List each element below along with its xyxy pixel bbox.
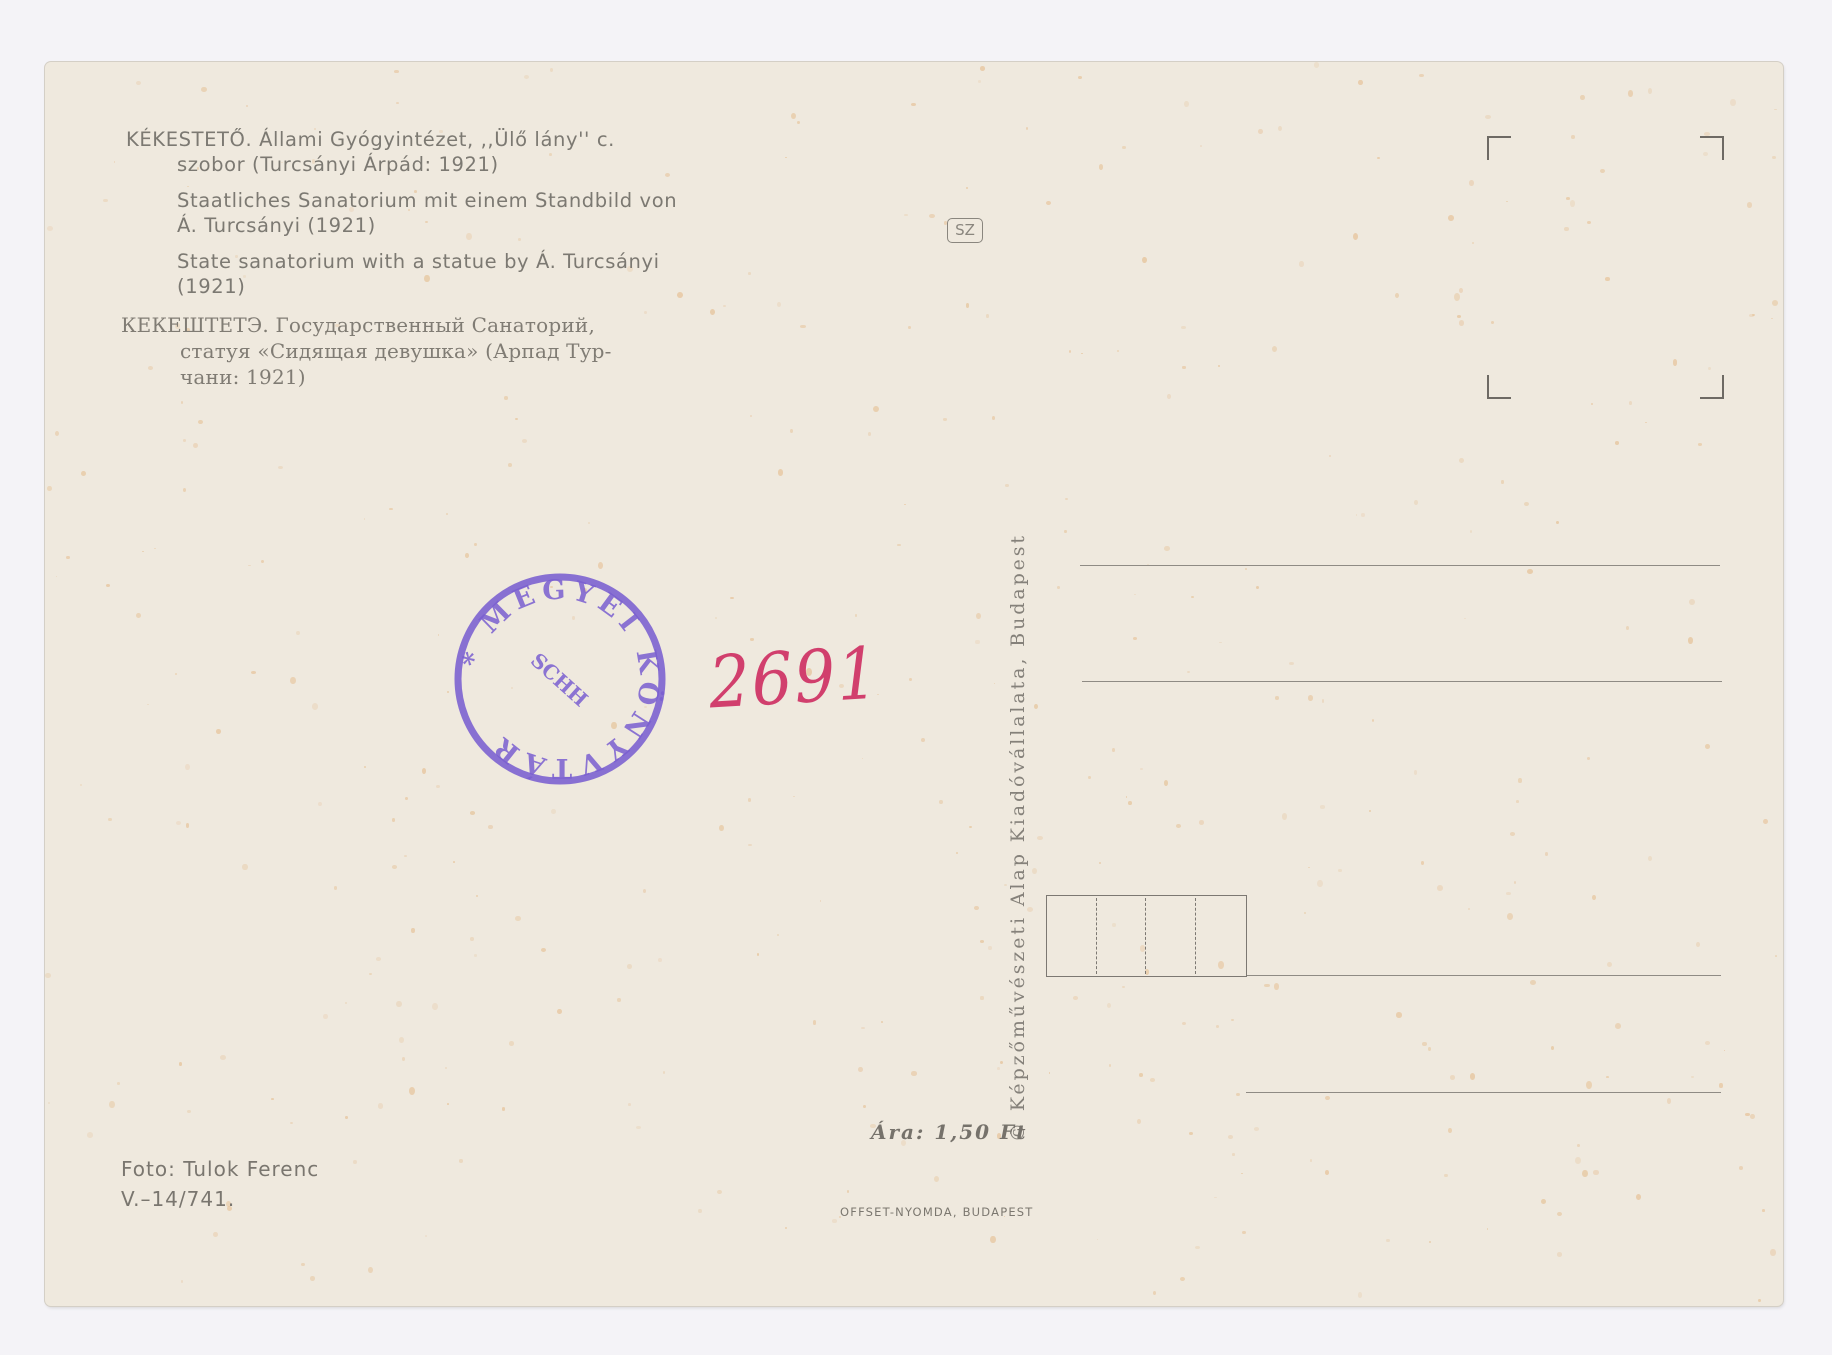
foxing-speck [290,677,295,684]
caption-ru-line1: КЕКЕШТЕТЭ. Государственный Санаторий, [121,312,595,338]
foxing-speck [198,420,203,425]
foxing-speck [1064,530,1066,533]
foxing-speck [785,157,787,158]
foxing-speck [56,576,58,577]
foxing-speck [1421,861,1424,865]
foxing-speck [323,1014,327,1020]
address-line-1[interactable] [1080,565,1720,566]
foxing-speck [1745,1113,1750,1116]
foxing-speck [1000,1061,1003,1064]
foxing-speck [1322,699,1324,702]
foxing-speck [1242,1231,1246,1234]
foxing-speck [1299,261,1303,267]
foxing-speck [1459,288,1463,293]
foxing-speck [1454,293,1460,301]
foxing-speck [1615,1023,1621,1029]
foxing-speck [368,1267,372,1273]
foxing-speck [1361,513,1365,518]
foxing-speck [447,1103,449,1105]
library-stamp: * MEGYEI KÖNYVTÁR SCHH [452,571,668,787]
foxing-speck [911,1071,917,1075]
foxing-speck [108,818,112,821]
foxing-speck [1459,458,1464,463]
foxing-speck [969,826,972,828]
foxing-speck [1607,962,1612,968]
foxing-speck [271,1098,274,1100]
foxing-speck [55,431,59,436]
foxing-speck [1049,1072,1051,1074]
foxing-speck [1254,1127,1259,1130]
foxing-speck [978,80,981,83]
foxing-speck [1739,1166,1743,1170]
foxing-speck [750,415,752,417]
foxing-speck [1705,744,1710,749]
foxing-speck [1140,768,1142,770]
foxing-speck [1026,127,1028,130]
foxing-speck [1304,912,1306,914]
foxing-speck [1564,227,1568,231]
foxing-speck [994,683,996,684]
foxing-speck [1557,1212,1562,1217]
caption-en-line1: State sanatorium with a statue by Á. Tur… [177,249,660,274]
foxing-speck [1470,1073,1475,1080]
foxing-speck [220,1055,226,1060]
foxing-speck [470,811,476,815]
foxing-speck [396,1001,401,1007]
foxing-speck [1181,326,1186,330]
foxing-speck [881,1021,883,1023]
foxing-speck [1437,885,1443,891]
foxing-speck [1218,365,1220,367]
foxing-speck [1150,1078,1155,1082]
foxing-speck [943,418,947,420]
foxing-speck [47,226,53,231]
foxing-speck [201,87,207,92]
postcode-divider [1096,898,1097,974]
caption-hu-line1: KÉKESTETŐ. Állami Gyógyintézet, ,,Ülő lá… [126,127,615,152]
foxing-speck [1645,422,1647,423]
foxing-speck [425,221,427,223]
foxing-speck [345,1002,347,1004]
foxing-speck [557,1009,562,1015]
foxing-speck [1771,318,1773,320]
foxing-speck [1615,441,1620,445]
foxing-speck [956,852,958,853]
postcode-boxes[interactable] [1046,895,1247,977]
foxing-speck [81,471,86,476]
foxing-speck [261,560,264,563]
publisher-vertical-text: © Képzőművészeti Alap Kiadóvállalata, Bu… [1007,533,1029,1142]
foxing-speck [1429,1241,1432,1243]
foxing-speck [1256,586,1259,589]
foxing-speck [1459,320,1464,326]
foxing-speck [1272,346,1277,352]
foxing-speck [863,1105,866,1108]
stamp-corner-top-right [1700,136,1724,160]
foxing-speck [1774,109,1777,111]
foxing-speck [911,103,916,106]
foxing-speck [1516,800,1519,803]
foxing-speck [1586,1081,1592,1089]
foxing-speck [1698,443,1702,446]
foxing-speck [974,906,979,911]
foxing-speck [855,614,857,616]
foxing-speck [1109,1064,1111,1067]
foxing-speck [778,469,783,475]
foxing-speck [813,1020,817,1024]
foxing-speck [1395,293,1399,298]
foxing-speck [1182,366,1185,368]
foxing-speck [748,844,752,847]
foxing-speck [179,1062,183,1066]
foxing-speck [862,758,864,759]
foxing-speck [1629,401,1632,405]
foxing-speck [541,948,546,952]
publisher-logo: SZ [947,218,983,243]
foxing-speck [364,766,366,768]
foxing-speck [459,1159,464,1163]
foxing-speck [1762,1209,1765,1212]
foxing-speck [549,153,552,156]
foxing-speck [66,556,69,559]
foxing-speck [644,311,647,314]
foxing-speck [1182,1022,1186,1025]
foxing-speck [643,889,646,893]
foxing-speck [873,406,879,412]
foxing-speck [1422,1042,1426,1045]
foxing-speck [1325,1170,1329,1175]
foxing-speck [364,518,366,520]
foxing-speck [1571,135,1576,139]
foxing-speck [1775,955,1777,957]
foxing-speck [1752,314,1755,316]
foxing-speck [1231,1019,1234,1021]
foxing-speck [1317,880,1323,887]
foxing-speck [1636,1194,1641,1200]
foxing-speck [790,429,793,433]
foxing-speck [1195,1246,1200,1249]
foxing-speck [986,314,989,317]
foxing-speck [1358,1292,1363,1298]
foxing-speck [1308,867,1310,869]
foxing-speck [1514,881,1516,884]
foxing-speck [1258,129,1263,134]
foxing-speck [1358,80,1362,85]
foxing-speck [1184,101,1188,107]
foxing-speck [509,1041,514,1045]
caption-ru-line2: статуя «Сидящая девушка» (Арпад Тур- [180,338,612,364]
foxing-speck [904,504,906,505]
foxing-speck [992,416,996,421]
foxing-speck [106,584,110,587]
foxing-speck [861,1027,865,1029]
foxing-speck [1648,88,1652,94]
foxing-speck [1128,801,1132,805]
foxing-speck [1570,200,1575,206]
foxing-speck [103,199,108,203]
foxing-speck [1122,146,1126,150]
foxing-speck [1005,484,1008,487]
foxing-speck [424,275,429,282]
foxing-speck [1275,696,1279,699]
foxing-speck [1191,596,1194,598]
foxing-speck [1557,1252,1563,1257]
foxing-speck [378,1103,384,1109]
foxing-speck [1667,1098,1671,1104]
foxing-speck [1469,180,1473,186]
foxing-speck [175,673,177,675]
foxing-speck [515,418,517,420]
foxing-speck [405,797,408,800]
foxing-speck [369,973,372,975]
foxing-speck [114,161,116,163]
foxing-speck [476,895,478,897]
caption-de-line1: Staatliches Sanatorium mit einem Standbi… [177,188,677,213]
foxing-speck [1448,1128,1452,1133]
foxing-speck [1518,778,1521,783]
foxing-speck [1199,820,1204,825]
foxing-speck [1556,521,1559,524]
foxing-speck [1338,869,1342,872]
foxing-speck [1510,832,1515,836]
foxing-speck [1689,599,1695,605]
foxing-speck [1593,1170,1598,1175]
foxing-speck [820,900,822,902]
foxing-speck [1153,1291,1156,1295]
foxing-speck [710,309,715,315]
foxing-speck [730,597,733,599]
foxing-speck [897,544,901,547]
foxing-speck [242,864,247,871]
foxing-speck [1691,1076,1695,1078]
foxing-speck [658,958,662,962]
foxing-speck [1524,502,1529,506]
foxing-speck [1377,157,1379,159]
foxing-speck [1472,242,1474,245]
foxing-speck [1545,852,1549,856]
foxing-speck [719,825,724,831]
foxing-speck [246,105,248,107]
foxing-speck [1278,126,1283,132]
foxing-speck [1626,626,1629,630]
price-label: Ára: 1,50 Ft [871,1120,1027,1144]
foxing-speck [1274,983,1280,990]
foxing-speck [777,934,779,936]
foxing-speck [47,486,52,492]
foxing-speck [187,186,189,187]
foxing-speck [1457,315,1461,318]
photo-credit: Foto: Tulok Ferenc [121,1157,319,1181]
foxing-speck [588,522,590,524]
handwritten-inventory-number: 2691 [707,633,882,726]
foxing-speck [1444,1174,1447,1177]
foxing-speck [1566,197,1570,200]
foxing-speck [1289,662,1294,665]
foxing-speck [1750,1114,1755,1119]
foxing-speck [1099,164,1103,170]
foxing-speck [663,1071,666,1074]
foxing-speck [185,764,189,770]
foxing-speck [1032,868,1037,874]
foxing-speck [858,1067,862,1072]
foxing-speck [446,513,448,515]
foxing-speck [1696,942,1700,947]
foxing-speck [550,68,553,72]
foxing-speck [636,1126,641,1129]
foxing-speck [1069,350,1071,353]
foxing-speck [1200,145,1202,147]
postcode-divider [1195,898,1196,974]
foxing-speck [394,70,399,73]
address-line-4[interactable] [1246,1092,1721,1093]
foxing-speck [551,809,556,815]
foxing-speck [1126,796,1128,798]
foxing-speck [402,1057,405,1061]
caption-ru-line3: чани: 1921) [180,364,306,390]
foxing-speck [1139,1073,1143,1076]
foxing-speck [1167,394,1171,399]
foxing-speck [353,1160,357,1165]
foxing-speck [216,729,221,734]
foxing-speck [1758,1299,1761,1302]
foxing-speck [1485,115,1490,119]
foxing-speck [438,634,440,636]
foxing-speck [117,1082,120,1085]
postcard-back: KÉKESTETŐ. Állami Gyógyintézet, ,,Ülő lá… [45,62,1783,1306]
foxing-speck [213,1232,218,1237]
foxing-speck [1688,637,1694,644]
foxing-speck [183,488,186,492]
foxing-speck [1487,1228,1489,1230]
foxing-speck [1770,1249,1775,1256]
foxing-speck [147,704,149,705]
foxing-speck [777,302,781,307]
foxing-speck [665,173,670,177]
foxing-speck [1592,895,1597,900]
foxing-speck [976,613,981,619]
foxing-speck [524,75,529,79]
foxing-speck [1506,892,1511,895]
foxing-speck [1600,169,1605,174]
foxing-speck [975,640,979,644]
foxing-speck [422,768,427,774]
foxing-speck [1353,233,1359,240]
foxing-speck [1464,618,1466,620]
foxing-speck [186,823,189,828]
foxing-speck [142,551,144,553]
postcode-divider [1145,898,1146,974]
foxing-speck [1232,1153,1235,1155]
foxing-speck [318,802,322,806]
foxing-speck [334,886,338,890]
foxing-speck [1369,810,1371,812]
foxing-speck [80,784,82,786]
foxing-speck [278,466,284,469]
address-line-2[interactable] [1082,681,1722,682]
foxing-speck [929,214,935,218]
foxing-speck [87,1132,93,1138]
foxing-speck [715,617,717,619]
foxing-speck [1605,277,1610,281]
foxing-speck [404,855,407,857]
foxing-speck [1228,1135,1233,1139]
foxing-speck [504,396,508,399]
foxing-speck [148,366,154,370]
foxing-speck [1219,642,1222,644]
foxing-speck [436,785,440,788]
foxing-speck [990,1236,995,1243]
foxing-speck [453,861,455,863]
foxing-speck [1189,1132,1193,1135]
foxing-speck [187,1110,191,1113]
foxing-speck [466,233,471,240]
foxing-speck [399,1037,404,1043]
foxing-speck [1142,257,1147,263]
foxing-speck [1527,569,1532,574]
foxing-speck [1673,359,1678,366]
foxing-speck [966,303,970,307]
foxing-speck [136,81,141,85]
foxing-speck [181,401,183,404]
foxing-speck [389,508,392,510]
foxing-speck [939,800,943,804]
foxing-speck [1046,201,1051,205]
foxing-speck [392,818,395,822]
foxing-speck [1037,836,1043,840]
foxing-speck [1134,594,1136,596]
foxing-speck [793,796,795,797]
foxing-speck [301,1263,304,1266]
foxing-speck [1133,637,1137,640]
foxing-speck [1180,1277,1185,1282]
foxing-speck [1491,321,1494,324]
foxing-speck [980,996,983,999]
foxing-speck [465,553,469,557]
foxing-speck [1245,568,1247,570]
foxing-speck [1507,913,1513,920]
foxing-speck [312,703,318,709]
foxing-speck [515,916,520,921]
foxing-speck [1747,202,1753,208]
foxing-speck [1081,353,1083,354]
foxing-speck [1164,546,1169,551]
foxing-speck [980,66,985,71]
foxing-speck [1396,1012,1402,1017]
foxing-speck [1772,156,1776,159]
foxing-speck [508,463,512,467]
foxing-speck [717,1190,722,1195]
foxing-speck [376,957,381,961]
foxing-speck [908,326,911,329]
foxing-speck [1470,530,1472,533]
foxing-speck [698,1209,701,1213]
foxing-speck [1329,455,1331,457]
foxing-speck [1772,300,1778,306]
foxing-speck [1320,805,1325,808]
foxing-speck [251,671,257,674]
foxing-speck [1428,1047,1431,1051]
foxing-speck [1078,76,1082,79]
address-line-3[interactable] [1247,975,1721,976]
foxing-speck [183,439,186,442]
foxing-speck [1414,770,1417,774]
foxing-speck [791,113,796,120]
foxing-speck [748,272,751,274]
foxing-speck [1708,367,1712,370]
foxing-speck [934,1176,939,1182]
foxing-speck [1419,74,1424,77]
foxing-speck [868,432,871,436]
